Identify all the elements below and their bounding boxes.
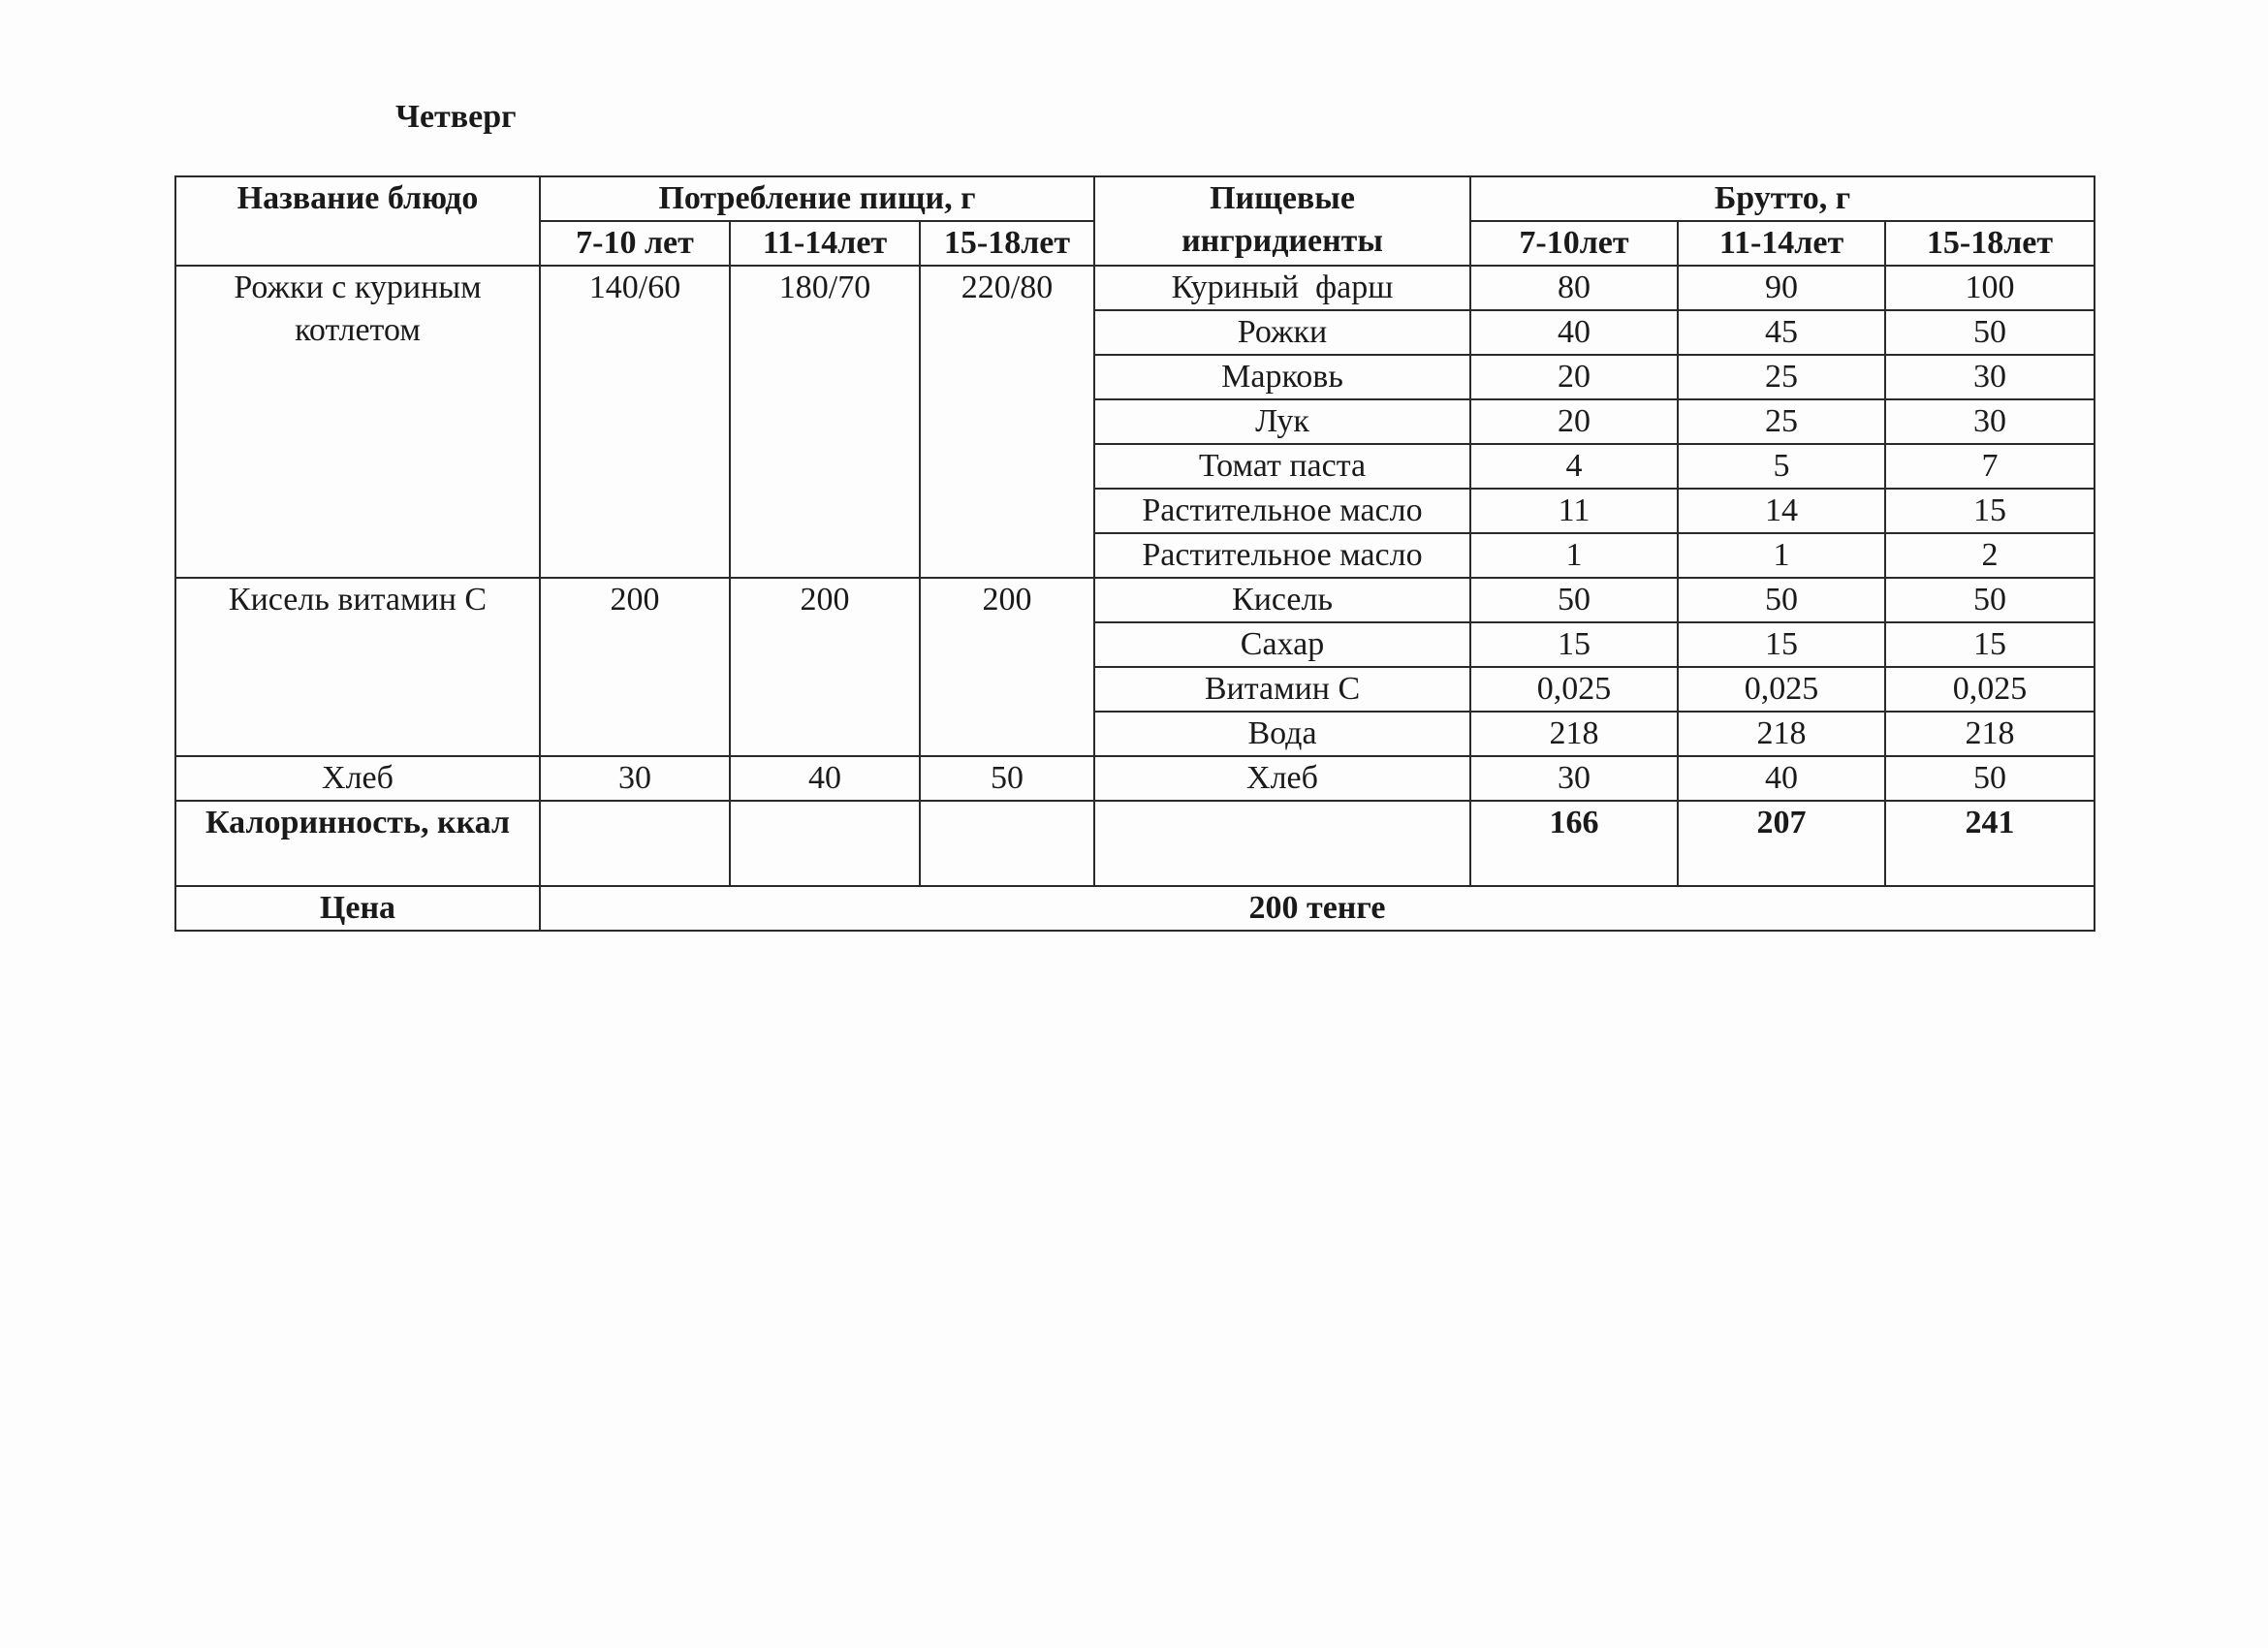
header-brutto-age: 7-10лет: [1470, 221, 1678, 266]
brutto-value: 40: [1678, 756, 1885, 801]
header-brutto-age: 15-18лет: [1885, 221, 2095, 266]
calories-value: 207: [1678, 801, 1885, 886]
brutto-value: 15: [1678, 622, 1885, 667]
header-consumption-age: 7-10 лет: [540, 221, 730, 266]
ingredient-name: Рожки: [1094, 310, 1470, 355]
brutto-value: 50: [1678, 578, 1885, 622]
menu-table-body: Рожки с куриным котлетом140/60180/70220/…: [175, 266, 2095, 801]
header-consumption: Потребление пищи, г: [540, 176, 1094, 221]
table-row: Хлеб304050Хлеб304050: [175, 756, 2095, 801]
consumption-value: 220/80: [920, 266, 1094, 578]
brutto-value: 0,025: [1885, 667, 2095, 712]
calories-value: 166: [1470, 801, 1678, 886]
brutto-value: 7: [1885, 444, 2095, 489]
brutto-value: 45: [1678, 310, 1885, 355]
ingredient-name: Томат паста: [1094, 444, 1470, 489]
brutto-value: 50: [1885, 578, 2095, 622]
brutto-value: 80: [1470, 266, 1678, 310]
calories-label: Калоринность, ккал: [175, 801, 540, 886]
consumption-value: 200: [540, 578, 730, 756]
brutto-value: 25: [1678, 399, 1885, 444]
ingredient-name: Сахар: [1094, 622, 1470, 667]
header-consumption-age: 11-14лет: [730, 221, 920, 266]
empty-cell: [540, 801, 730, 886]
ingredient-name: Кисель: [1094, 578, 1470, 622]
calories-row: Калоринность, ккал 166 207 241: [175, 801, 2095, 886]
ingredient-name: Куриный фарш: [1094, 266, 1470, 310]
brutto-value: 11: [1470, 489, 1678, 533]
consumption-value: 200: [920, 578, 1094, 756]
ingredient-name: Марковь: [1094, 355, 1470, 399]
brutto-value: 15: [1885, 489, 2095, 533]
price-label: Цена: [175, 886, 540, 931]
brutto-value: 25: [1678, 355, 1885, 399]
brutto-value: 90: [1678, 266, 1885, 310]
brutto-value: 1: [1470, 533, 1678, 578]
dish-name: Кисель витамин С: [175, 578, 540, 756]
empty-cell: [920, 801, 1094, 886]
header-dish-name: Название блюдо: [175, 176, 540, 266]
empty-cell: [1094, 801, 1470, 886]
consumption-value: 50: [920, 756, 1094, 801]
brutto-value: 50: [1885, 756, 2095, 801]
table-row: Кисель витамин С200200200Кисель505050: [175, 578, 2095, 622]
ingredient-name: Вода: [1094, 712, 1470, 756]
price-value: 200 тенге: [540, 886, 2095, 931]
consumption-value: 40: [730, 756, 920, 801]
header-ingredients-label: Пищевые ингридиенты: [1099, 177, 1465, 263]
day-title: Четверг: [395, 99, 517, 136]
empty-cell: [730, 801, 920, 886]
consumption-value: 140/60: [540, 266, 730, 578]
header-ingredients: Пищевые ингридиенты: [1094, 176, 1470, 266]
ingredient-name: Растительное масло: [1094, 533, 1470, 578]
brutto-value: 218: [1470, 712, 1678, 756]
brutto-value: 218: [1678, 712, 1885, 756]
brutto-value: 1: [1678, 533, 1885, 578]
consumption-value: 30: [540, 756, 730, 801]
brutto-value: 5: [1678, 444, 1885, 489]
consumption-value: 180/70: [730, 266, 920, 578]
brutto-value: 50: [1470, 578, 1678, 622]
ingredient-name: Растительное масло: [1094, 489, 1470, 533]
brutto-value: 50: [1885, 310, 2095, 355]
ingredient-name: Витамин С: [1094, 667, 1470, 712]
dish-name: Хлеб: [175, 756, 540, 801]
brutto-value: 4: [1470, 444, 1678, 489]
table-row: Рожки с куриным котлетом140/60180/70220/…: [175, 266, 2095, 310]
header-consumption-age: 15-18лет: [920, 221, 1094, 266]
brutto-value: 30: [1885, 399, 2095, 444]
calories-value: 241: [1885, 801, 2095, 886]
brutto-value: 100: [1885, 266, 2095, 310]
menu-table: Название блюдо Потребление пищи, г Пищев…: [174, 175, 2095, 932]
brutto-value: 218: [1885, 712, 2095, 756]
dish-name: Рожки с куриным котлетом: [175, 266, 540, 578]
brutto-value: 0,025: [1470, 667, 1678, 712]
brutto-value: 14: [1678, 489, 1885, 533]
ingredient-name: Хлеб: [1094, 756, 1470, 801]
ingredient-name: Лук: [1094, 399, 1470, 444]
brutto-value: 0,025: [1678, 667, 1885, 712]
price-row: Цена 200 тенге: [175, 886, 2095, 931]
brutto-value: 15: [1885, 622, 2095, 667]
brutto-value: 15: [1470, 622, 1678, 667]
brutto-value: 30: [1470, 756, 1678, 801]
brutto-value: 2: [1885, 533, 2095, 578]
brutto-value: 20: [1470, 355, 1678, 399]
consumption-value: 200: [730, 578, 920, 756]
header-brutto: Брутто, г: [1470, 176, 2095, 221]
header-brutto-age: 11-14лет: [1678, 221, 1885, 266]
brutto-value: 40: [1470, 310, 1678, 355]
brutto-value: 20: [1470, 399, 1678, 444]
brutto-value: 30: [1885, 355, 2095, 399]
